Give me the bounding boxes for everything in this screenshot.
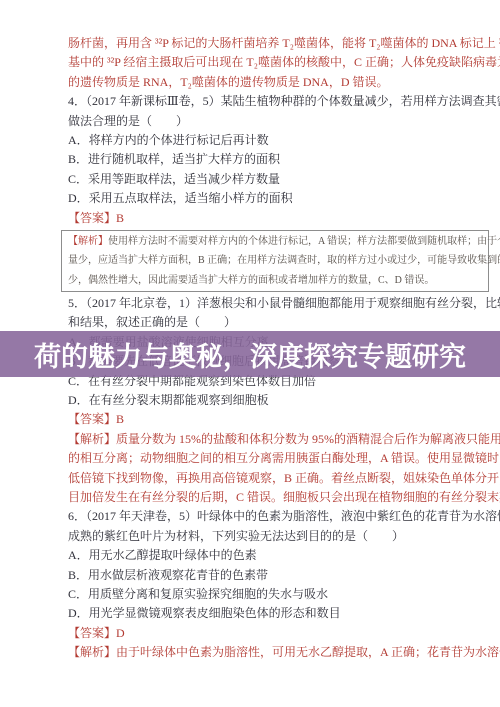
- question-5-analysis: 【解析】质量分数为 15%的盐酸和体积分数为 95%的酒精混合后作为解离液只能用…: [68, 430, 482, 508]
- question-stem-line: 4．（2017 年新课标Ⅲ卷，5）某陆生植物种群的个体数量减少，若用样方法调查其…: [68, 92, 482, 111]
- analysis-line: 基中的 ³²P 经宿主摄取后可出现在 T₂噬菌体的核酸中，C 正确；人体免疫缺陷…: [68, 53, 482, 72]
- option-line: B．进行随机取样，适当扩大样方的面积: [68, 150, 482, 169]
- question-6-stem: 6．（2017 年天津卷，5）叶绿体中的色素为脂溶性，液泡中紫红色的花青苷为水溶…: [68, 507, 482, 546]
- option-line: A．将样方内的个体进行标记后再计数: [68, 131, 482, 150]
- question-4: 4．（2017 年新课标Ⅲ卷，5）某陆生植物种群的个体数量减少，若用样方法调查其…: [68, 92, 482, 292]
- analysis-line: 目加倍发生在有丝分裂的后期，C 错误。细胞板只会出现在植物细胞的有丝分裂末期，D…: [68, 488, 482, 507]
- question-5-answer: 【答案】B: [68, 410, 482, 429]
- question-5: 5．（2017 年北京卷，1）洋葱根尖和小鼠骨髓细胞都能用于观察细胞有丝分裂，比…: [68, 294, 482, 507]
- analysis-line: 肠杆菌，再用含 ³²P 标记的大肠杆菌培养 T₂噬菌体，能将 T₂噬菌体的 DN…: [68, 34, 482, 53]
- question-4-options: A．将样方内的个体进行标记后再计数B．进行随机取样，适当扩大样方的面积C．采用等…: [68, 131, 482, 209]
- option-line: C．用质壁分离和复原实验探究细胞的失水与吸水: [68, 585, 482, 604]
- question-4-analysis-rest: 量少，应适当扩大样方面积，B 正确；在用样方法调查时，取的样方过小或过少，可能导…: [68, 251, 482, 290]
- question-4-analysis-box: 【解析】使用样方法时不需要对样方内的个体进行标记，A 错误；样方法都要做到随机取…: [61, 230, 489, 292]
- analysis-line: 低倍镜下找到物像，再换用高倍镜观察，B 正确。着丝点断裂，姐妹染色单体分开，染色…: [68, 469, 482, 488]
- question-4-stem: 4．（2017 年新课标Ⅲ卷，5）某陆生植物种群的个体数量减少，若用样方法调查其…: [68, 92, 482, 131]
- option-line: D．采用五点取样法，适当缩小样方的面积: [68, 189, 482, 208]
- question-stem-line: 做法合理的是（ ）: [68, 112, 482, 131]
- watermark-banner-title: 荷的魅力与奥秘，深度探究专题研究: [34, 335, 466, 374]
- analysis-line: 【解析】使用样方法时不需要对样方内的个体进行标记，A 错误；样方法都要做到随机取…: [68, 232, 482, 251]
- question-6-options: A．用无水乙醇提取叶绿体中的色素B．用水做层析液观察花青苷的色素带C．用质壁分离…: [68, 546, 482, 624]
- analysis-line: 少，偶然性增大，因此需要适当扩大样方的面积或者增加样方的数量，C、D 错误。: [68, 271, 482, 290]
- question-stem-line: 成熟的紫红色叶片为材料，下列实验无法达到目的的是（ ）: [68, 527, 482, 546]
- analysis-line: 量少，应适当扩大样方面积，B 正确；在用样方法调查时，取的样方过小或过少，可能导…: [68, 251, 482, 270]
- question-stem-line: 和结果，叙述正确的是（ ）: [68, 313, 482, 332]
- analysis-line: 【解析】由于叶绿体中色素为脂溶性，可用无水乙醇提取，A 正确；花青苷为水溶性，可…: [68, 643, 482, 662]
- analysis-tag: 【解析】: [68, 236, 108, 247]
- option-line: A．用无水乙醇提取叶绿体中的色素: [68, 546, 482, 565]
- analysis-text: 使用样方法时不需要对样方内的个体进行标记，A 错误；样方法都要做到随机取样；由于…: [108, 236, 500, 247]
- option-line: D．在有丝分裂末期都能观察到细胞板: [68, 391, 482, 410]
- question-4-answer: 【答案】B: [68, 209, 482, 228]
- analysis-line: 【解析】质量分数为 15%的盐酸和体积分数为 95%的酒精混合后作为解离液只能用…: [68, 430, 482, 449]
- option-line: C．采用等距取样法，适当减少样方数量: [68, 170, 482, 189]
- question-6-answer: 【答案】D: [68, 624, 482, 643]
- option-line: D．用光学显微镜观察表皮细胞染色体的形态和数目: [68, 604, 482, 623]
- previous-analysis-tail: 肠杆菌，再用含 ³²P 标记的大肠杆菌培养 T₂噬菌体，能将 T₂噬菌体的 DN…: [68, 34, 482, 92]
- question-5-stem: 5．（2017 年北京卷，1）洋葱根尖和小鼠骨髓细胞都能用于观察细胞有丝分裂，比…: [68, 294, 482, 333]
- question-6: 6．（2017 年天津卷，5）叶绿体中的色素为脂溶性，液泡中紫红色的花青苷为水溶…: [68, 507, 482, 662]
- option-line: B．用水做层析液观察花青苷的色素带: [68, 566, 482, 585]
- question-6-analysis: 【解析】由于叶绿体中色素为脂溶性，可用无水乙醇提取，A 正确；花青苷为水溶性，可…: [68, 643, 482, 662]
- analysis-line: 的相互分离；动物细胞之间的相互分离需用胰蛋白酶处理，A 错误。使用显微镜时，一般…: [68, 449, 482, 468]
- watermark-banner: 荷的魅力与奥秘，深度探究专题研究: [0, 331, 500, 377]
- question-stem-line: 6．（2017 年天津卷，5）叶绿体中的色素为脂溶性，液泡中紫红色的花青苷为水溶…: [68, 507, 482, 526]
- analysis-line: 的遗传物质是 RNA，T₂噬菌体的遗传物质是 DNA，D 错误。: [68, 73, 482, 92]
- question-stem-line: 5．（2017 年北京卷，1）洋葱根尖和小鼠骨髓细胞都能用于观察细胞有丝分裂，比…: [68, 294, 482, 313]
